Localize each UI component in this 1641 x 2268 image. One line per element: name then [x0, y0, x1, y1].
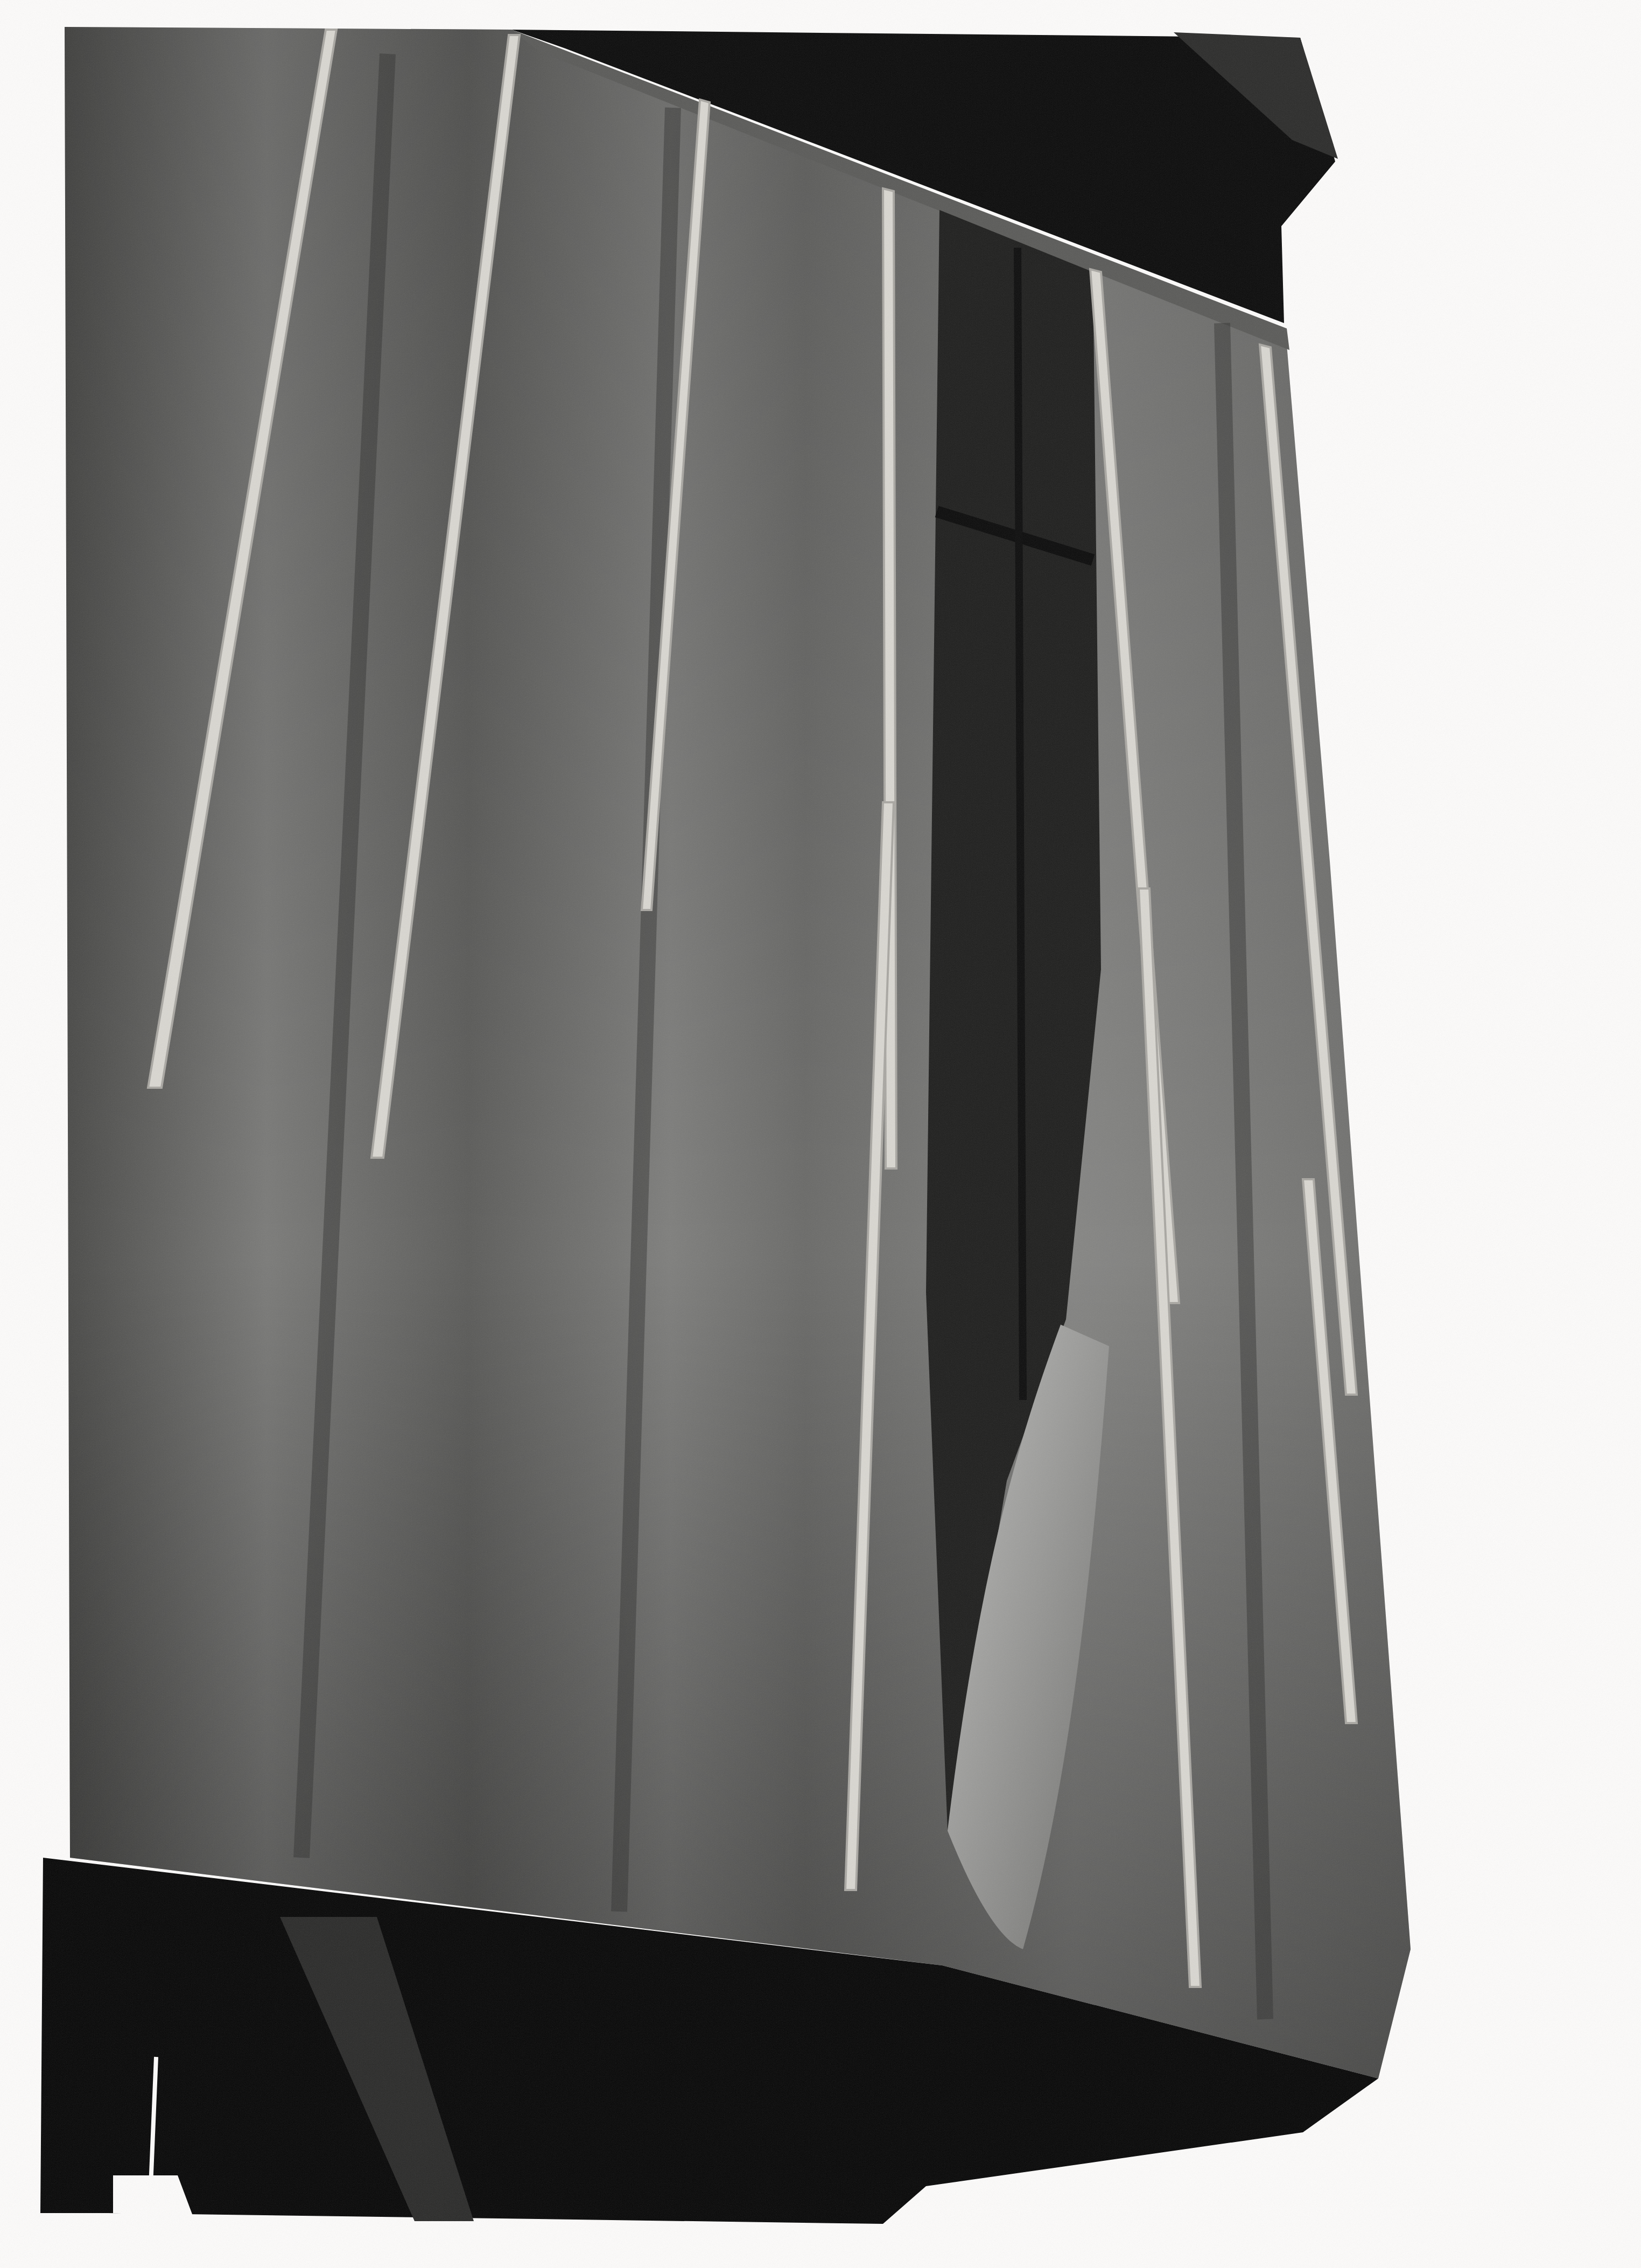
photograph	[0, 0, 1641, 2268]
